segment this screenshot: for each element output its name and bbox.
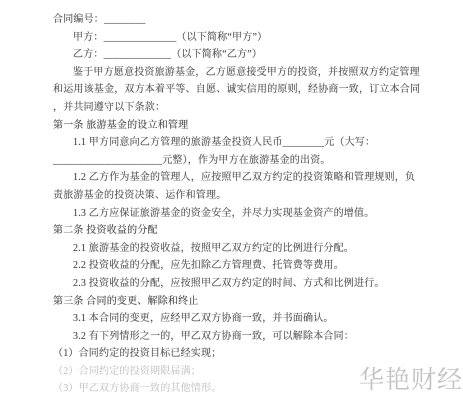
preamble-line-1: 鉴于甲方愿意投资旅游基金，乙方愿意接受甲方的投资，并按照双方约定管理 bbox=[53, 64, 445, 82]
article-2-heading: 第二条 投资收益的分配 bbox=[53, 222, 445, 240]
clause-1-1-line-1: 1.1 甲方同意向乙方管理的旅游基金投资人民币________元（大写： bbox=[53, 134, 445, 152]
clause-1-1-line-2: _____________________元整），作为甲方在旅游基金的出资。 bbox=[53, 152, 445, 170]
clause-3-2-line: 3.2 有下列情形之一的，甲乙双方协商一致，可以解除本合同： bbox=[53, 328, 445, 346]
termination-item-1: （1）合同约定的投资目标已经实现； bbox=[53, 345, 445, 363]
clause-2-3-line: 2.3 投资收益的分配，应按照甲乙双方约定的时间、方式和比例进行。 bbox=[53, 275, 445, 293]
clause-1-2-line-2: 责旅游基金的投资决策、运作和管理。 bbox=[53, 187, 445, 205]
article-1-heading: 第一条 旅游基金的设立和管理 bbox=[53, 117, 445, 135]
party-a-line: 甲方：______________（以下简称“甲方”） bbox=[53, 29, 445, 47]
preamble-line-2: 和运用该基金，双方本着平等、自愿、诚实信用的原则，经协商一致，订立本合同 bbox=[53, 81, 445, 99]
site-watermark: 华艳财经 bbox=[359, 368, 463, 393]
clause-1-2-line-1: 1.2 乙方作为基金的管理人，应按照甲乙双方约定的投资策略和管理规则，负 bbox=[53, 169, 445, 187]
contract-number-line: 合同编号：________ bbox=[53, 11, 445, 29]
clause-3-1-line: 3.1 本合同的变更，应经甲乙双方协商一致，并书面确认。 bbox=[53, 310, 445, 328]
preamble-line-3: ，并共同遵守以下条款： bbox=[53, 99, 445, 117]
contract-document-page: 合同编号：________ 甲方：______________（以下简称“甲方”… bbox=[0, 0, 463, 400]
article-3-heading: 第三条 合同的变更、解除和终止 bbox=[53, 293, 445, 311]
party-b-line: 乙方：_____________（以下简称“乙方”） bbox=[53, 46, 445, 64]
clause-1-3-line: 1.3 乙方应保证旅游基金的资金安全，并尽力实现基金资产的增值。 bbox=[53, 205, 445, 223]
clause-2-1-line: 2.1 旅游基金的投资收益，按照甲乙双方约定的比例进行分配。 bbox=[53, 240, 445, 258]
clause-2-2-line: 2.2 投资收益的分配，应先扣除乙方管理费、托管费等费用。 bbox=[53, 257, 445, 275]
